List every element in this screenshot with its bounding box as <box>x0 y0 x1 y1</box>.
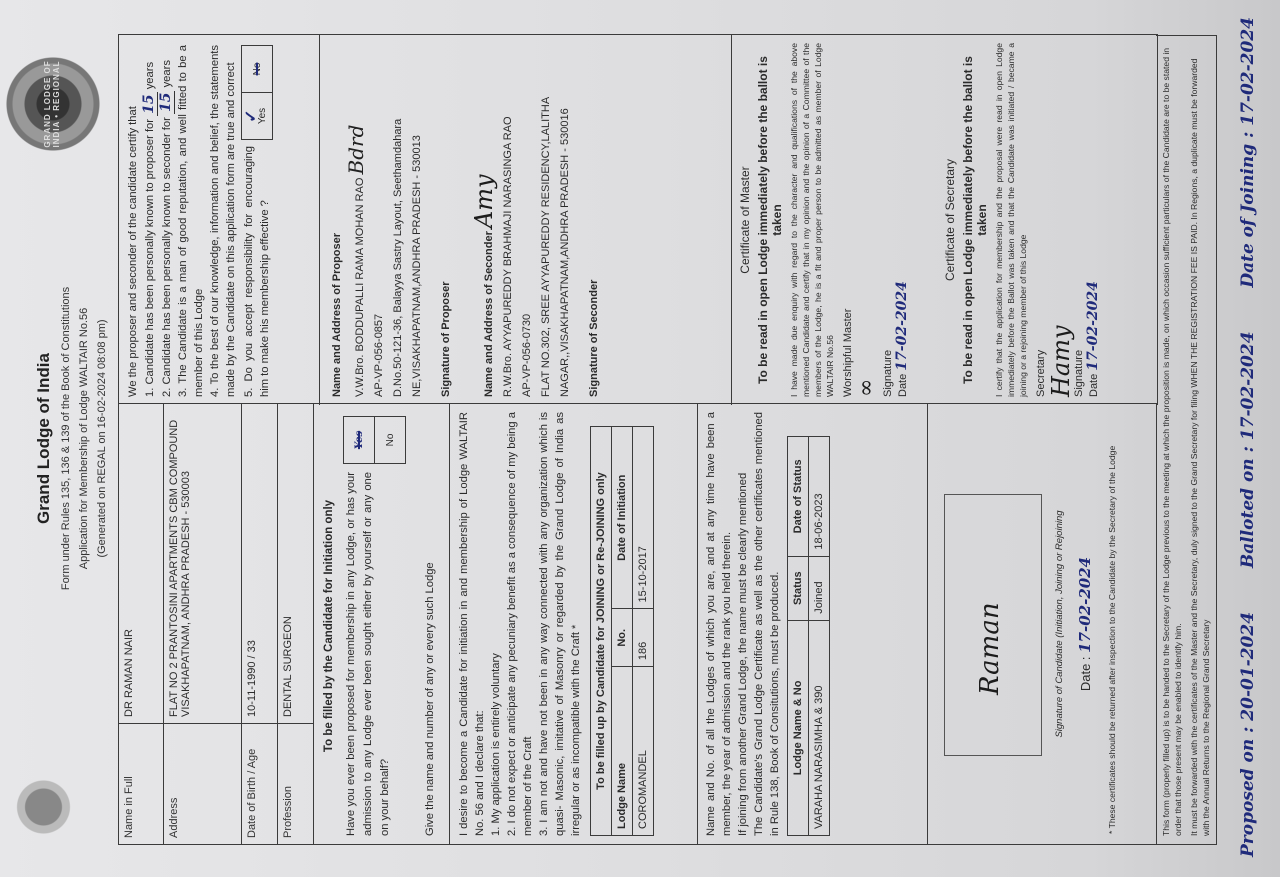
candidate-signature: Raman <box>975 602 1005 695</box>
table-row: VARAHA NARASIMHA & 390 Joined 18-06-2023 <box>809 437 830 836</box>
column-header: Date of Initiation <box>612 427 633 609</box>
lodges-text-2: If joining from another Grand Lodge, the… <box>735 412 751 836</box>
footer-note-1: This form (properly filled up) is to be … <box>1160 44 1184 836</box>
candidate-date-value: 17-02-2024 <box>1076 557 1094 653</box>
initiation-question: Have you ever been proposed for membersh… <box>343 472 406 836</box>
lodges-text-3: The Candidate's Grand Lodge Certificate … <box>751 412 783 836</box>
candidate-signature-caption: Signature of Candidate (Initiation, Join… <box>1054 404 1065 844</box>
master-date: Date 17-02-2024 <box>894 43 910 397</box>
seconder-reg-no: AP-VP-056-0730 <box>518 43 537 397</box>
seconder-heading: Name and Address of Seconder <box>483 231 495 397</box>
cell-status: Joined <box>809 556 830 620</box>
declaration-section: I desire to become a Candidate for initi… <box>449 404 654 844</box>
proposer-signature: Bdrd <box>344 125 368 175</box>
balloted-on: Balloted on : 17-02-2024 <box>1238 331 1258 568</box>
declaration-item: 1. My application is entirely voluntary <box>488 412 504 836</box>
secretary-certificate: Certificate of Secretary To be read in o… <box>939 35 1101 405</box>
secretary-date: Date 17-02-2024 <box>1085 43 1101 397</box>
date-label: Date <box>1088 374 1100 397</box>
regional-seal-icon: GRAND LODGE OF INDIA • REGIONAL <box>5 56 101 152</box>
proposer-name: V.W.Bro. BODDUPALLI RAMA MOHAN RAO Bdrd <box>347 43 370 397</box>
form-header: Grand Lodge of India Form under Rules 13… <box>0 0 118 877</box>
item1-text: 1. Candidate has been personally known t… <box>144 119 156 397</box>
proposer-name-text: V.W.Bro. BODDUPALLI RAMA MOHAN RAO <box>354 178 366 397</box>
encourage-yes-no: ✓Yes No <box>241 45 273 140</box>
no-label: No <box>385 434 396 447</box>
date-label: Date <box>897 374 909 397</box>
candidate-date: Date : 17-02-2024 <box>1076 404 1094 844</box>
right-column: We the proposer and seconder of the cand… <box>118 34 1158 405</box>
certify-item-2: 2. Candidate has been personally known t… <box>158 45 175 397</box>
field-label: Date of Birth / Age <box>241 724 277 845</box>
declaration-intro: I desire to become a Candidate for initi… <box>456 412 488 836</box>
secretary-subheading: To be read in open Lodge immediately bef… <box>961 43 989 397</box>
item2-text: 2. Candidate has been personally known t… <box>161 117 173 397</box>
candidate-column: Name in Full DR RAMAN NAIR Address FLAT … <box>118 403 928 845</box>
proposer-address: D.No.50-121-36, Balayya Sastry Layout, S… <box>389 43 427 397</box>
secretary-date-value: 17-02-2024 <box>1085 281 1101 371</box>
proposer-years-value: 15 <box>141 92 158 115</box>
footer-note-2: It must be forwarded with the certificat… <box>1188 44 1212 836</box>
joining-table: To be filled up by Candidate for JOINING… <box>590 426 654 836</box>
master-signature-label: Signature <box>882 43 894 397</box>
column-header: Lodge Name <box>612 667 633 836</box>
initiation-yes-option[interactable]: Yes <box>344 417 375 464</box>
date-of-joining: Date of Joining : 17-02-2024 <box>1238 17 1258 288</box>
proposer-reg-no: AP-VP-056-0857 <box>370 43 389 397</box>
seconder-address: FLAT NO.302, SREE AYYAPUREDDY RESIDENCY,… <box>537 43 575 397</box>
footer-notes: This form (properly filled up) is to be … <box>1156 35 1217 845</box>
candidate-signature-block: Raman Signature of Candidate (Initiation… <box>926 403 1157 845</box>
proposed-on: Proposed on : 20-01-2024 <box>1238 612 1258 857</box>
seconder-name: R.W.Bro. AYYAPUREDDY BRAHMAJI NARASINGA … <box>499 43 518 397</box>
certificates-footnote: * These certificates should be returned … <box>1106 434 1118 834</box>
table-row: Name in Full DR RAMAN NAIR <box>119 404 163 844</box>
cell-date-initiation: 15-10-2017 <box>633 427 654 609</box>
handwritten-dates: Proposed on : 20-01-2024 Balloted on : 1… <box>1238 17 1258 857</box>
seconder-heading-line: Name and Address of Seconder Amy <box>475 43 499 397</box>
application-line-text: Application for Membership of Lodge WALT… <box>78 308 90 569</box>
give-name-prompt: Give the name and number of any or every… <box>422 416 438 836</box>
secretary-role: Secretary <box>1035 43 1047 397</box>
field-label: Name in Full <box>119 724 163 845</box>
initiation-heading: To be filled by the Candidate for Initia… <box>323 416 335 836</box>
candidate-details-table: Name in Full DR RAMAN NAIR Address FLAT … <box>119 404 314 844</box>
master-role: Worshipful Master <box>842 43 854 397</box>
secretary-text: I certify that the application for membe… <box>993 43 1029 397</box>
cell-lodge-no: 186 <box>633 609 654 667</box>
secretary-signature-mark: Hamy <box>1047 43 1073 397</box>
initiation-no-option[interactable]: No <box>375 417 406 464</box>
column-header: Date of Status <box>788 437 809 557</box>
seconder-signature-label: Signature of Seconder <box>585 43 604 397</box>
cell-lodge-name: COROMANDEL <box>633 667 654 836</box>
table-row: Profession DENTAL SURGEON <box>277 404 313 844</box>
yes-label: Yes <box>354 431 365 449</box>
lodges-table: Lodge Name & No Status Date of Status VA… <box>787 436 830 836</box>
declaration-item: 2. I do not expect or anticipate any pec… <box>504 412 536 836</box>
table-row: Address FLAT NO 2 PRANTOSINI APARTMENTS … <box>163 404 241 844</box>
joining-table-heading: To be filled up by Candidate for JOINING… <box>591 427 612 836</box>
years-word: years <box>144 62 156 89</box>
proposer-signature-label: Signature of Proposer <box>437 43 456 397</box>
lodges-section: Name and No. of all the Lodges of which … <box>697 404 830 844</box>
table-row: Date of Birth / Age 10-11-1990 / 33 <box>241 404 277 844</box>
master-subheading: To be read in open Lodge immediately bef… <box>756 43 784 397</box>
field-value-name: DR RAMAN NAIR <box>119 404 163 724</box>
yes-label: Yes <box>257 108 268 124</box>
cell-date-status: 18-06-2023 <box>809 437 830 557</box>
certify-item-3: 3. The Candidate is a man of good reputa… <box>175 45 207 397</box>
seconder-section: Name and Address of Seconder Amy R.W.Bro… <box>467 35 604 405</box>
column-header: No. <box>612 609 633 667</box>
certify-item-1: 1. Candidate has been personally known t… <box>141 45 158 397</box>
checkmark-icon: ✓ <box>247 94 257 138</box>
certify-intro: We the proposer and seconder of the cand… <box>125 45 141 397</box>
seconder-years-value: 15 <box>158 91 175 114</box>
proposer-heading: Name and Address of Proposer <box>328 43 347 397</box>
field-value-profession: DENTAL SURGEON <box>277 404 313 724</box>
certify-item-4: 4. To the best of our knowledge, informa… <box>207 45 239 397</box>
lodges-text-1: Name and No. of all the Lodges of which … <box>703 412 735 836</box>
application-form-page: Grand Lodge of India Form under Rules 13… <box>0 0 1280 877</box>
column-header: Status <box>788 556 809 620</box>
seal-text: GRAND LODGE OF INDIA • REGIONAL <box>43 56 61 152</box>
seconder-signature: Amy <box>470 174 498 228</box>
field-value-dob: 10-11-1990 / 33 <box>241 404 277 724</box>
master-certificate: Certificate of Master To be read in open… <box>731 35 910 405</box>
secretary-heading: Certificate of Secretary <box>943 43 957 397</box>
master-text: I have made due enquiry with regard to t… <box>788 43 836 397</box>
initiation-yes-no: Yes No <box>343 416 406 464</box>
field-label: Profession <box>277 724 313 845</box>
date-label: Date : <box>1078 656 1093 691</box>
generated-line: (Generated on REGAL on 16-02-2024 08:08 … <box>96 0 108 877</box>
encourage-no-option[interactable]: No <box>242 46 273 93</box>
master-heading: Certificate of Master <box>738 43 752 397</box>
table-row: COROMANDEL 186 15-10-2017 <box>633 427 654 836</box>
initiation-section: To be filled by the Candidate for Initia… <box>323 416 438 836</box>
master-signature-mark: ∞ <box>854 43 882 397</box>
cell-lodge-name-no: VARAHA NARASIMHA & 390 <box>809 620 830 835</box>
field-value-address: FLAT NO 2 PRANTOSINI APARTMENTS CBM COMP… <box>163 404 241 724</box>
field-label: Address <box>163 724 241 845</box>
proposer-section: Name and Address of Proposer V.W.Bro. BO… <box>319 35 456 405</box>
candidate-photo-box: Raman <box>944 494 1042 756</box>
column-header: Lodge Name & No <box>788 620 809 835</box>
no-label: No <box>252 63 263 76</box>
years-word: years <box>161 60 173 87</box>
certify-item-5: 5. Do you accept responsibility for enco… <box>241 146 273 397</box>
declaration-item: 3. I am not and have not been in any way… <box>536 412 584 836</box>
encourage-yes-option[interactable]: ✓Yes <box>242 93 273 140</box>
master-date-value: 17-02-2024 <box>894 281 910 371</box>
proposer-seconder-certification: We the proposer and seconder of the cand… <box>125 45 273 397</box>
